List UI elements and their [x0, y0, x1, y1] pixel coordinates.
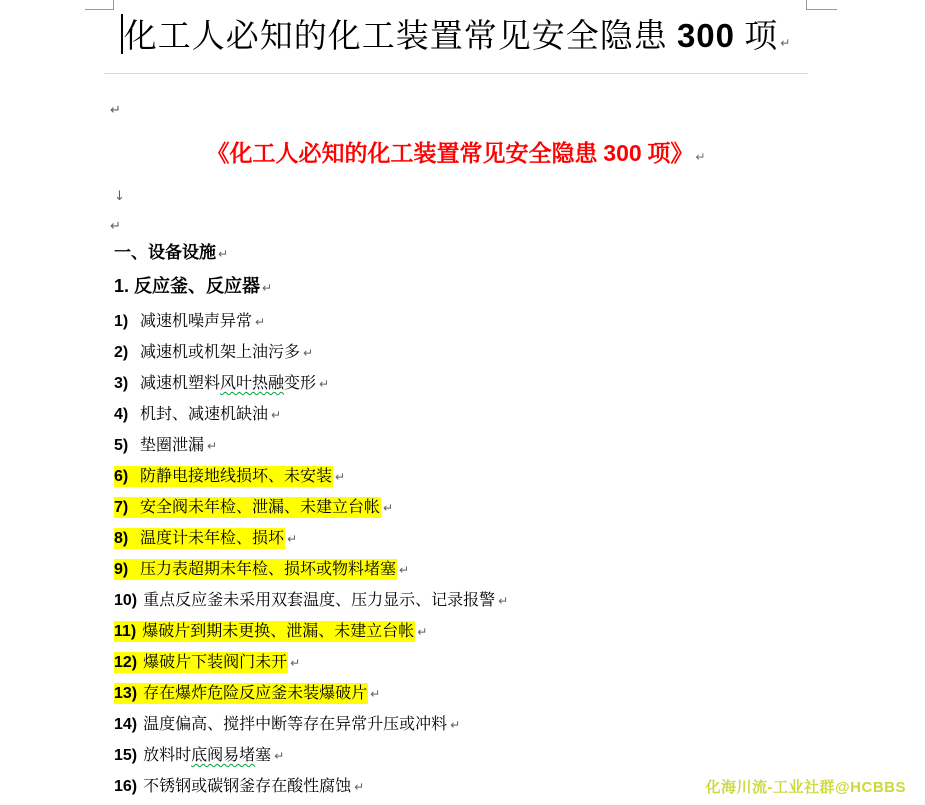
line: 1)减速机噪声异常 — [114, 311, 253, 332]
list-item-number: 1) — [114, 306, 134, 337]
highlighted-line: 11)爆破片到期未更换、泄漏、未建立台帐 — [114, 621, 415, 642]
list-item-text: 机封、减速机缺油 — [140, 406, 268, 423]
list-item-number: 6) — [114, 461, 134, 492]
header-title-suffix: 项 — [735, 19, 778, 55]
doc-title-prefix: 《化工人必知的化工装置常见安全隐患 — [207, 141, 604, 166]
paragraph-mark: ↵ — [498, 594, 508, 608]
paragraph-mark: ↵ — [383, 501, 393, 515]
list-item-text: 安全阀未年检、泄漏、未建立台帐 — [140, 499, 380, 516]
list-item-text: 重点反应釜未采用双套温度、压力显示、记录报警 — [143, 592, 495, 609]
list-item[interactable]: 14)温度偏高、搅拌中断等存在异常升压或冲料↵ — [114, 709, 814, 740]
header-title-number: 300 — [677, 17, 735, 54]
paragraph-mark: ↵ — [417, 625, 427, 639]
list-item[interactable]: 6)防静电接地线损坏、未安装↵ — [114, 461, 814, 492]
highlighted-line: 7)安全阀未年检、泄漏、未建立台帐 — [114, 497, 381, 518]
paragraph-mark: ↵ — [271, 408, 281, 422]
list-item-text: 减速机噪声异常 — [140, 313, 252, 330]
list-item[interactable]: 3)减速机塑料风叶热融变形↵ — [114, 368, 814, 399]
header-title-prefix: 化工人必知的化工装置常见安全隐患 — [124, 19, 677, 55]
page-header: 化工人必知的化工装置常见安全隐患 300 项↵ — [104, 0, 808, 74]
spellcheck-underlined-text: 风叶热融 — [220, 375, 284, 392]
list-item-number: 7) — [114, 492, 134, 523]
list-item[interactable]: 4)机封、减速机缺油↵ — [114, 399, 814, 430]
paragraph-mark: ↵ — [354, 780, 364, 794]
list-item[interactable]: 7)安全阀未年检、泄漏、未建立台帐↵ — [114, 492, 814, 523]
line: 15)放料时底阀易堵塞 — [114, 745, 272, 766]
doc-title-number: 300 — [603, 140, 641, 166]
list-item-text: 防静电接地线损坏、未安装 — [140, 468, 332, 485]
list-item-number: 2) — [114, 337, 134, 368]
spellcheck-underlined-text: 底阀易堵 — [191, 747, 255, 764]
list-item[interactable]: 8)温度计未年检、损坏↵ — [114, 523, 814, 554]
paragraph-mark: ↵ — [274, 749, 284, 763]
paragraph-mark: ↵ — [399, 563, 409, 577]
list-item-text: 减速机塑料 — [140, 375, 220, 392]
paragraph-mark: ↵ — [780, 36, 791, 50]
list-item-text: 爆破片下装阀门未开 — [143, 654, 287, 671]
highlighted-line: 12)爆破片下装阀门未开 — [114, 652, 288, 673]
list-item[interactable]: 5)垫圈泄漏↵ — [114, 430, 814, 461]
list-item[interactable]: 1)减速机噪声异常↵ — [114, 306, 814, 337]
document-body: 一、设备设施↵ 1. 反应釜、反应器↵ 1)减速机噪声异常↵2)减速机或机架上油… — [114, 240, 814, 802]
list-item[interactable]: 13)存在爆炸危险反应釜未装爆破片↵ — [114, 678, 814, 709]
list-item-text: 爆破片到期未更换、泄漏、未建立台帐 — [142, 623, 414, 640]
watermark: 化海川流-工业社群@HCBBS — [706, 776, 906, 797]
list-item-text: 塞 — [255, 747, 271, 764]
list-item-number: 16) — [114, 771, 137, 802]
line: 5)垫圈泄漏 — [114, 435, 205, 456]
paragraph-mark: ↵ — [370, 687, 380, 701]
list-item[interactable]: 12)爆破片下装阀门未开↵ — [114, 647, 814, 678]
paragraph-mark: ↵ — [110, 219, 121, 234]
line: 16)不锈钢或碳钢釜存在酸性腐蚀 — [114, 776, 352, 797]
list-item-number: 14) — [114, 709, 137, 740]
paragraph-mark: ↵ — [319, 377, 329, 391]
list-item-number: 8) — [114, 523, 134, 554]
margin-crop-mark-top-right — [806, 0, 837, 10]
line-break-mark: ↓ — [114, 189, 125, 204]
line: 3)减速机塑料风叶热融变形 — [114, 373, 317, 394]
list-item[interactable]: 2)减速机或机架上油污多↵ — [114, 337, 814, 368]
paragraph-mark: ↵ — [287, 532, 297, 546]
list-item-text: 存在爆炸危险反应釜未装爆破片 — [143, 685, 367, 702]
paragraph-mark: ↵ — [255, 315, 265, 329]
section-heading-text: 一、设备设施 — [114, 243, 216, 262]
subsection-text: 反应釜、反应器 — [129, 276, 260, 296]
list-item-number: 5) — [114, 430, 134, 461]
list-item-number: 10) — [114, 585, 137, 616]
highlighted-line: 8)温度计未年检、损坏 — [114, 528, 285, 549]
document-title[interactable]: 《化工人必知的化工装置常见安全隐患 300 项》↵ — [104, 138, 808, 172]
hazard-list: 1)减速机噪声异常↵2)减速机或机架上油污多↵3)减速机塑料风叶热融变形↵4)机… — [114, 306, 814, 802]
highlighted-line: 6)防静电接地线损坏、未安装 — [114, 466, 333, 487]
list-item[interactable]: 9)压力表超期未年检、损坏或物料堵塞↵ — [114, 554, 814, 585]
section-heading[interactable]: 一、设备设施↵ — [114, 240, 814, 271]
list-item-text: 垫圈泄漏 — [140, 437, 204, 454]
list-item-text: 不锈钢或碳钢釜存在酸性腐蚀 — [143, 778, 351, 795]
line: 14)温度偏高、搅拌中断等存在异常升压或冲料 — [114, 714, 448, 735]
list-item-number: 12) — [114, 647, 137, 678]
list-item-number: 11) — [114, 616, 136, 647]
header-title[interactable]: 化工人必知的化工装置常见安全隐患 300 项↵ — [121, 14, 792, 65]
list-item-number: 9) — [114, 554, 134, 585]
list-item[interactable]: 11)爆破片到期未更换、泄漏、未建立台帐↵ — [114, 616, 814, 647]
list-item-number: 3) — [114, 368, 134, 399]
paragraph-mark: ↵ — [290, 656, 300, 670]
list-item-text: 放料时 — [143, 747, 191, 764]
highlighted-line: 9)压力表超期未年检、损坏或物料堵塞 — [114, 559, 397, 580]
paragraph-mark: ↵ — [335, 470, 345, 484]
paragraph-mark: ↵ — [207, 439, 217, 453]
paragraph-mark: ↵ — [303, 346, 313, 360]
list-item-number: 15) — [114, 740, 137, 771]
paragraph-mark: ↵ — [450, 718, 460, 732]
paragraph-mark: ↵ — [262, 281, 272, 295]
list-item-text: 温度计未年检、损坏 — [140, 530, 284, 547]
line: 2)减速机或机架上油污多 — [114, 342, 301, 363]
list-item-text: 减速机或机架上油污多 — [140, 344, 300, 361]
subsection-number: 1. — [114, 276, 129, 296]
paragraph-mark: ↵ — [695, 150, 705, 164]
paragraph-mark: ↵ — [218, 247, 228, 261]
doc-title-suffix: 项》 — [642, 141, 694, 166]
list-item-number: 4) — [114, 399, 134, 430]
highlighted-line: 13)存在爆炸危险反应釜未装爆破片 — [114, 683, 368, 704]
list-item[interactable]: 10)重点反应釜未采用双套温度、压力显示、记录报警↵ — [114, 585, 814, 616]
text-cursor-caret — [121, 14, 123, 54]
list-item-text: 温度偏高、搅拌中断等存在异常升压或冲料 — [143, 716, 447, 733]
list-item-text: 压力表超期未年检、损坏或物料堵塞 — [140, 561, 396, 578]
line: 10)重点反应釜未采用双套温度、压力显示、记录报警 — [114, 590, 496, 611]
list-item-text: 变形 — [284, 375, 316, 392]
subsection-heading[interactable]: 1. 反应釜、反应器↵ — [114, 271, 814, 306]
paragraph-mark: ↵ — [110, 103, 121, 118]
line: 4)机封、减速机缺油 — [114, 404, 269, 425]
list-item-number: 13) — [114, 678, 137, 709]
list-item[interactable]: 15)放料时底阀易堵塞↵ — [114, 740, 814, 771]
